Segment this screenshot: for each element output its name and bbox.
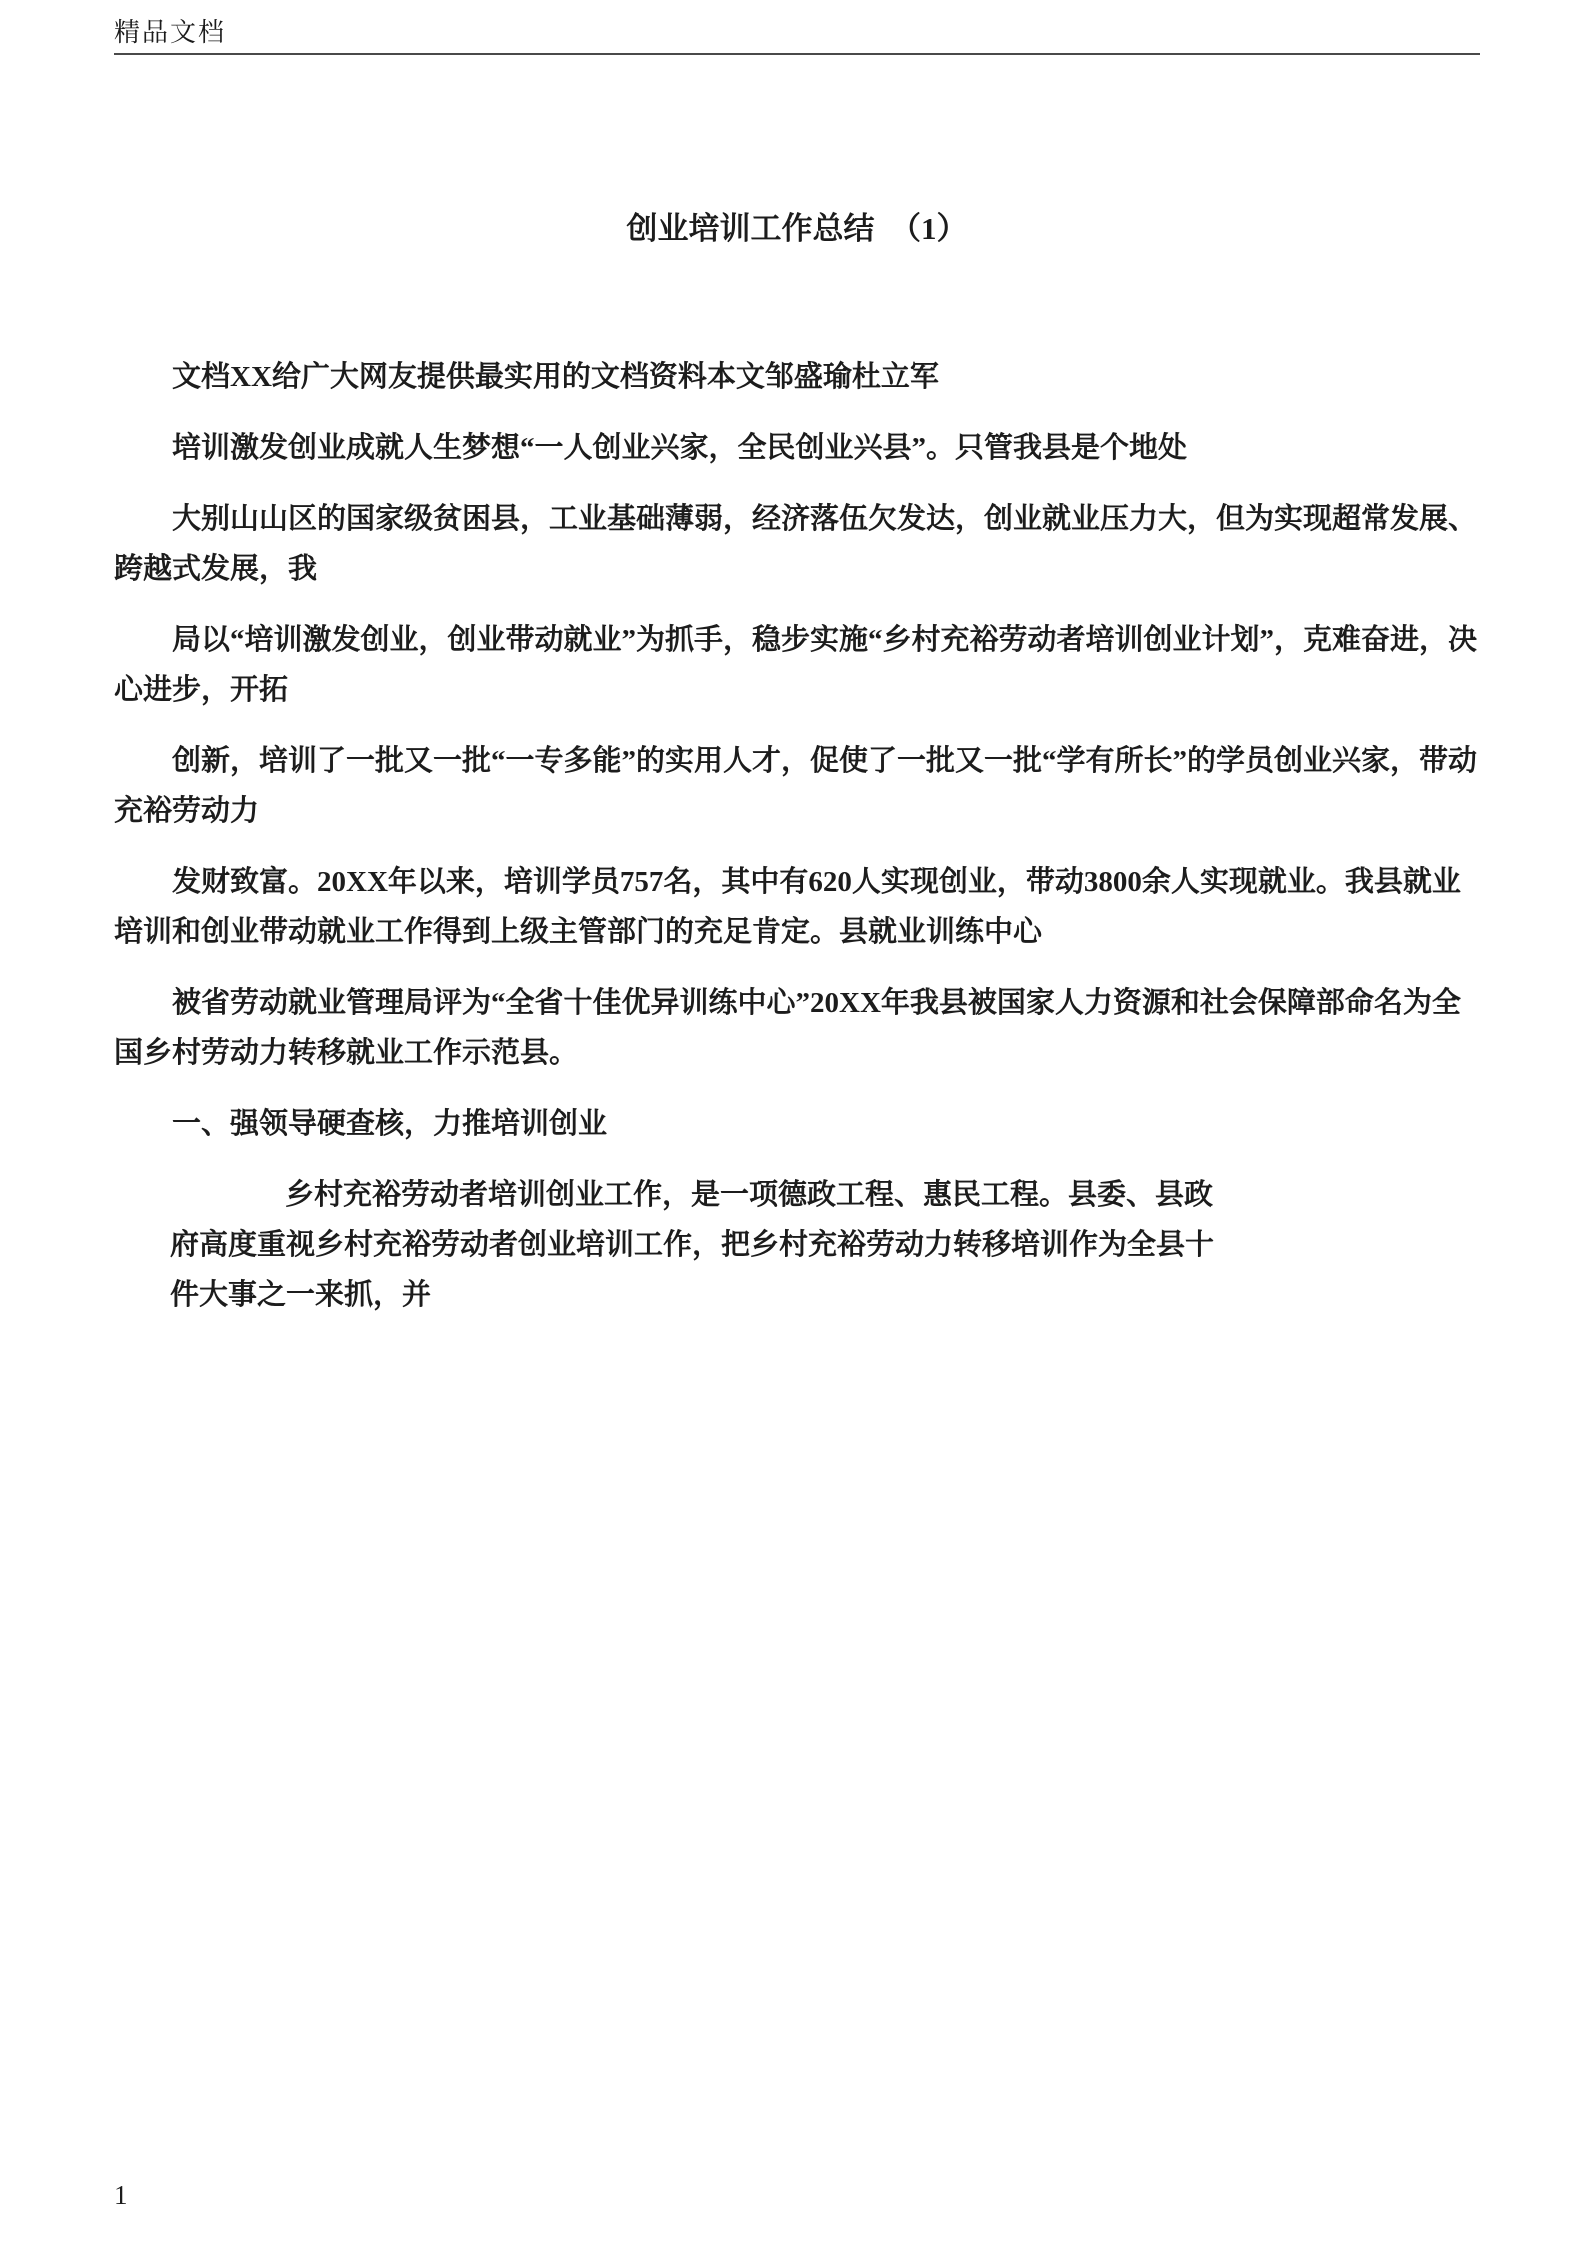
header-watermark-text: 精品文档 xyxy=(114,18,226,47)
indented-paragraph: 乡村充裕劳动者培训创业工作，是一项德政工程、惠民工程。县委、县政府高度重视乡村充… xyxy=(170,1170,1240,1320)
document-title: 创业培训工作总结 （1） xyxy=(114,203,1480,248)
body-paragraph: 局以“培训激发创业，创业带动就业”为抓手，稳步实施“乡村充裕劳动者培训创业计划”… xyxy=(114,615,1480,715)
body-paragraph: 创新，培训了一批又一批“一专多能”的实用人才，促使了一批又一批“学有所长”的学员… xyxy=(114,736,1480,836)
header-divider xyxy=(114,53,1480,55)
document-page: 精品文档 创业培训工作总结 （1） 文档XX给广大网友提供最实用的文档资料本文邹… xyxy=(0,0,1594,2255)
body-paragraph: 大别山山区的国家级贫困县，工业基础薄弱，经济落伍欠发达，创业就业压力大，但为实现… xyxy=(114,494,1480,594)
paragraph-list: 文档XX给广大网友提供最实用的文档资料本文邹盛瑜杜立军 培训激发创业成就人生梦想… xyxy=(114,352,1480,1320)
body-paragraph: 文档XX给广大网友提供最实用的文档资料本文邹盛瑜杜立军 xyxy=(114,352,1480,402)
section-heading: 一、强领导硬查核，力推培训创业 xyxy=(114,1099,1480,1149)
body-paragraph: 发财致富。20XX年以来，培训学员757名，其中有620人实现创业，带动3800… xyxy=(114,857,1480,957)
body-paragraph: 被省劳动就业管理局评为“全省十佳优异训练中心”20XX年我县被国家人力资源和社会… xyxy=(114,978,1480,1078)
page-header: 精品文档 xyxy=(0,0,1594,49)
document-content: 创业培训工作总结 （1） 文档XX给广大网友提供最实用的文档资料本文邹盛瑜杜立军… xyxy=(0,203,1594,1320)
page-number: 1 xyxy=(114,2180,128,2211)
body-paragraph: 培训激发创业成就人生梦想“一人创业兴家，全民创业兴县”。只管我县是个地处 xyxy=(114,423,1480,473)
